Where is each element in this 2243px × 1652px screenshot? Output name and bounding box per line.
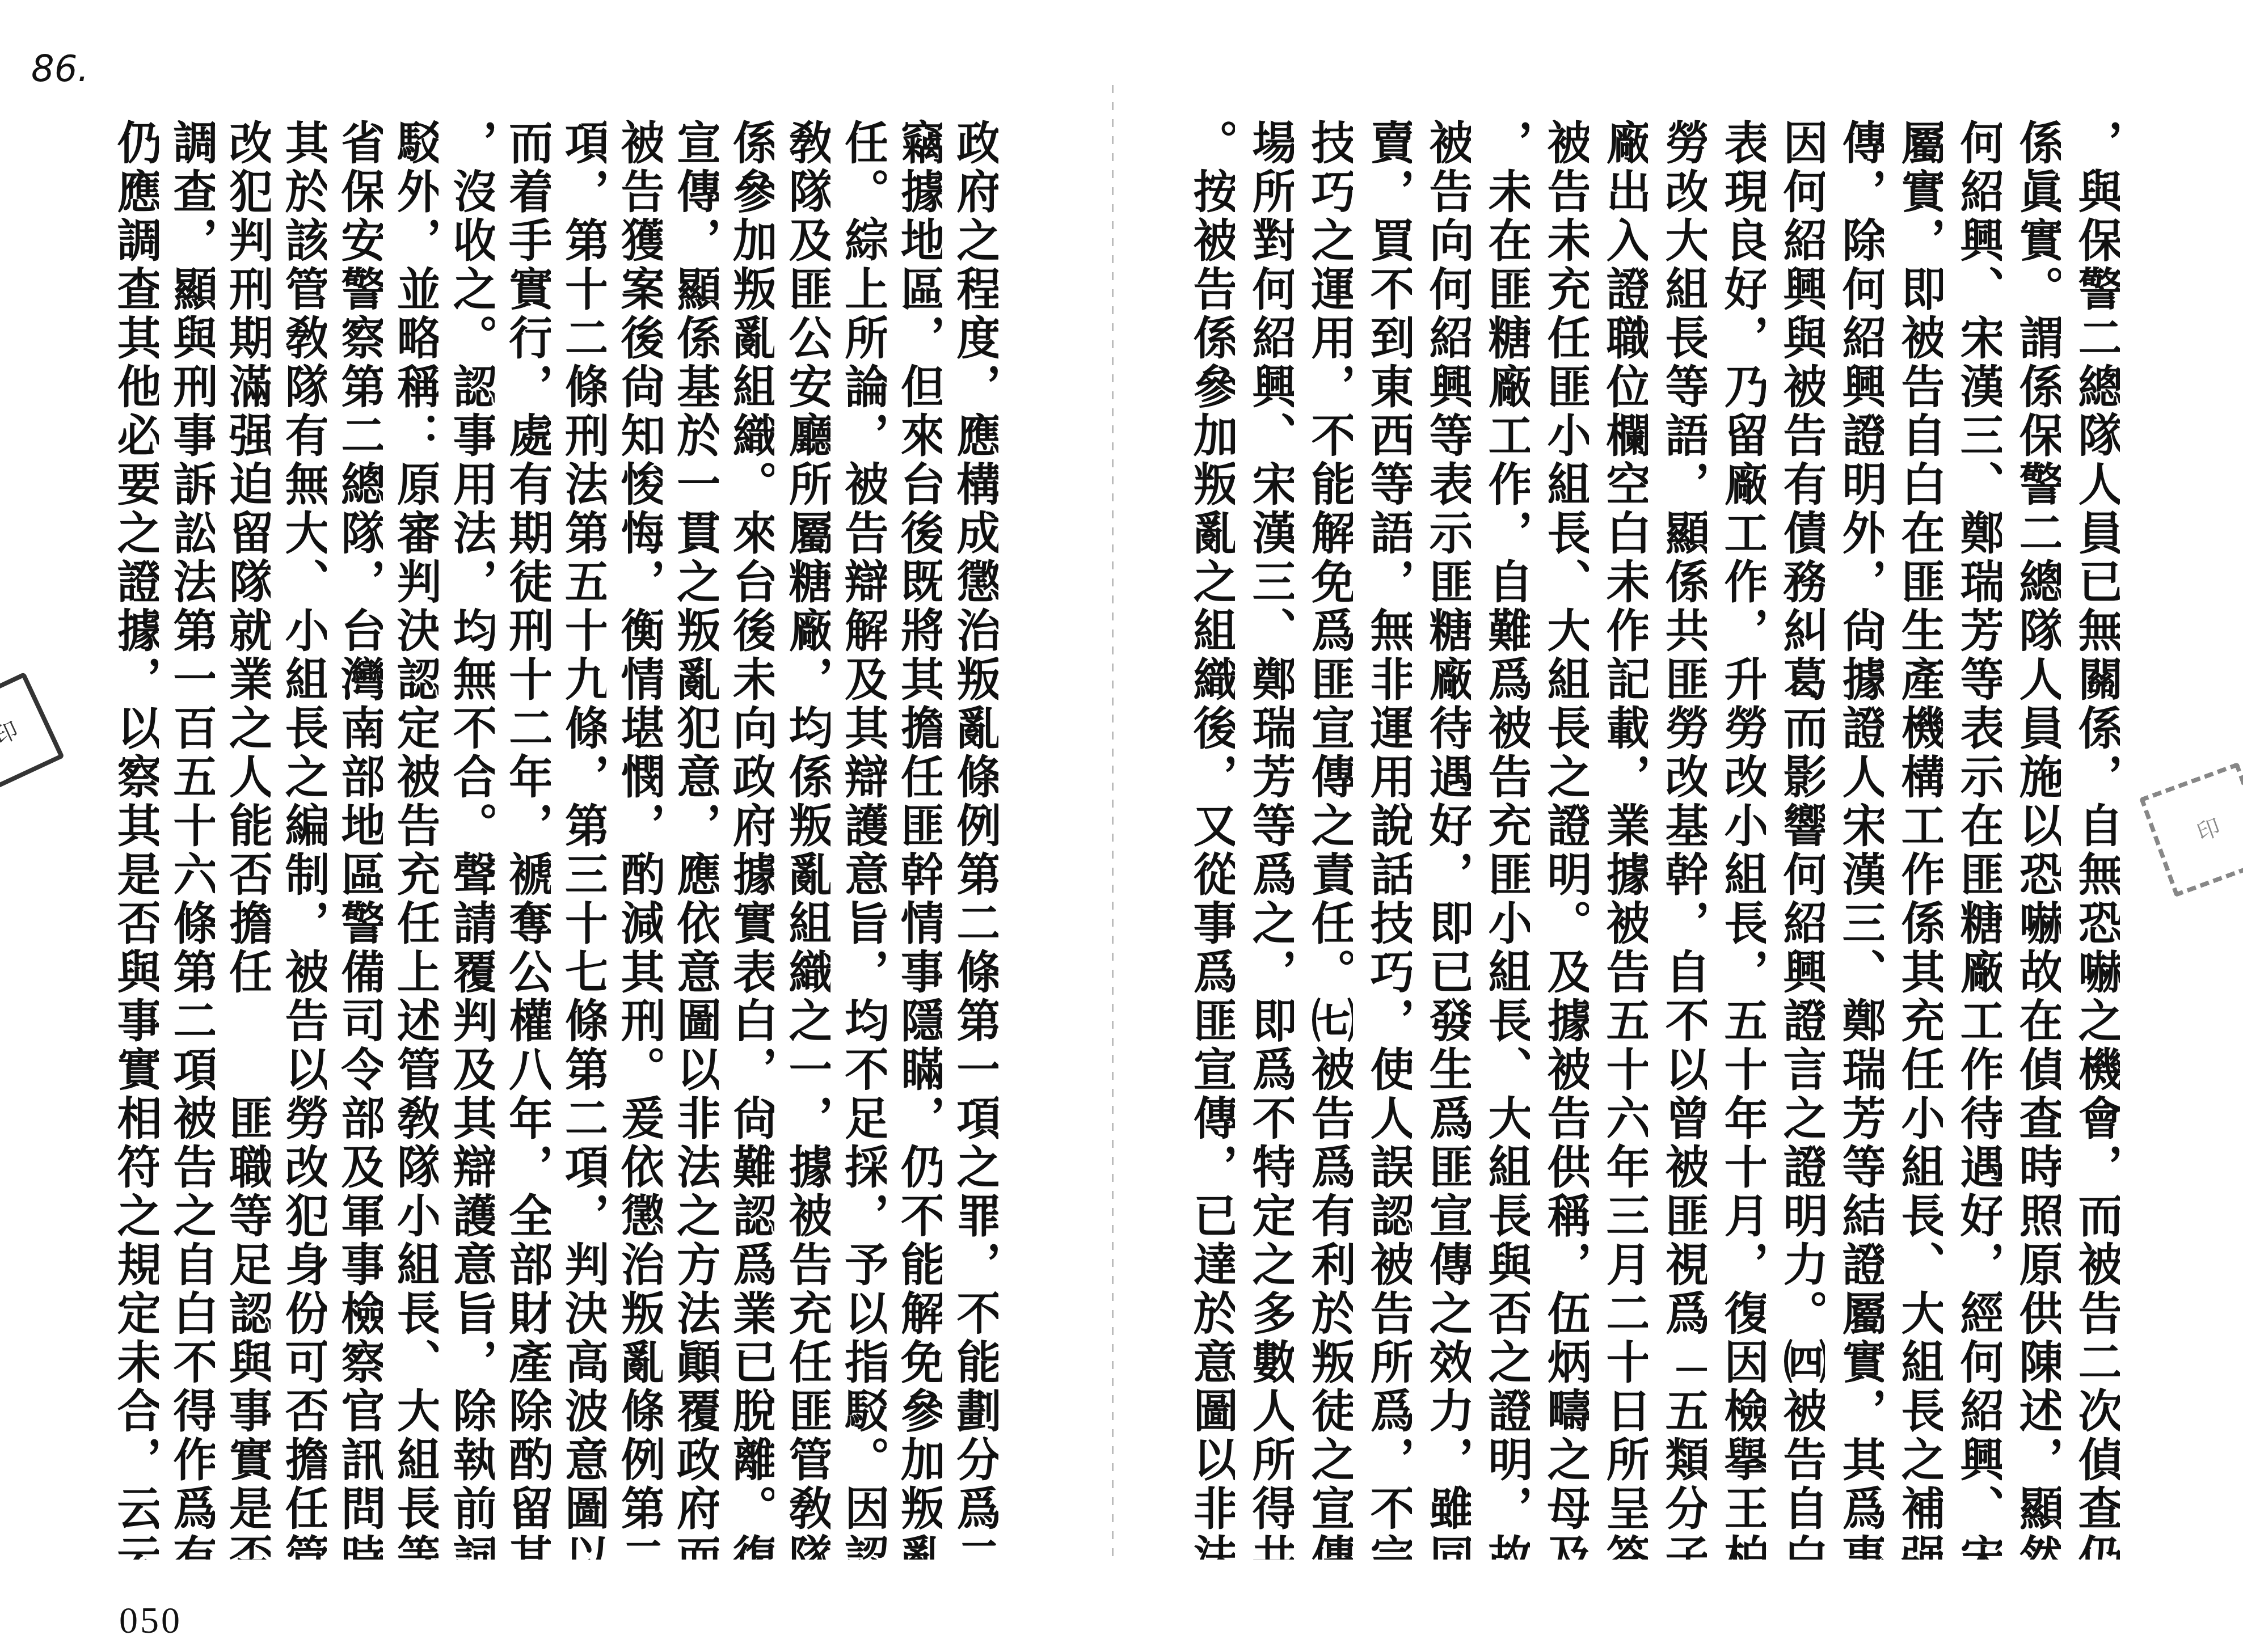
text-column: 項，第十二條刑法第五十九條，第三十七條第二項，判決高波意圖以非法之方法顚覆政府	[561, 119, 606, 1560]
text-column: 技巧之運用，不能解免爲匪宣傳之責任。㈦被告爲有利於叛徒之宣傳，係在公共得出入之	[1308, 119, 1353, 1560]
text-column: ，未在匪糖廠工作，自難爲被告充匪小組長、大組長與否之證明，故均無調查之必要。㈥	[1485, 119, 1530, 1560]
text-column: 係眞實。謂係保警二總隊人員施以恐嚇故在偵查時照原供陳述，顯然不實。㈡被告向證人	[2016, 119, 2061, 1560]
handwritten-page-mark: 86.	[31, 48, 89, 90]
text-column: 改犯判刑期滿强迫留隊就業之人能否擔任 匪職等足認與事實是否相符之證據，均未加以	[225, 119, 271, 1560]
text-column: ，與保警二總隊人員已無關係，自無恐嚇之機會，而被告二次偵查仍直供不諱，其自白自	[2075, 119, 2120, 1560]
text-column: 勞改大組長等語，顯係共匪勞改基幹，自不以曾被匪視爲「五類分子」解除責任。㈤匪糖	[1662, 119, 1707, 1560]
stamp-text: 印	[0, 716, 24, 750]
text-column: 調查，顯與刑事訴訟法第一百五十六條第二項被告之自白不得作爲有罪判決之惟一基礎，	[170, 119, 215, 1560]
text-column: 省保安警察第二總隊，台灣南部地區警備司令部及軍事檢察官訊問時，供認不諱爲證據。	[338, 119, 383, 1560]
stamp-text: 印	[2187, 813, 2225, 846]
text-column: 敎隊及匪公安廳所屬糖廠，均係叛亂組織之一，據被告充任匪管敎隊大、小組長等職，自	[785, 119, 830, 1560]
text-column: 宣傳，顯係基於一貫之叛亂犯意，應依意圖以非法之方法顚覆政府而着手實行論罪。第念	[673, 119, 719, 1560]
text-column: 而着手實行，處有期徒刑十二年，褫奪公權八年，全部財產除酌留其家屬必需之生活費外	[505, 119, 551, 1560]
text-column: 賣，買不到東西等語，無非運用說話技巧，使人誤認被告所爲，不完全是爲匪宣傳，此種	[1367, 119, 1412, 1560]
text-column: 表現良好，乃留廠工作，升勞改小組長，五十年十月，復因檢擧王柏湘企圖逃亡有功，升	[1721, 119, 1766, 1560]
text-column: 何紹興、宋漢三、鄭瑞芳等表示在匪糖廠工作待遇好，經何紹興、宋漢三、鄭瑞芳等證明	[1957, 119, 2002, 1560]
text-column: 被告未充任匪小組長、大組長之證明。及據被告供稱，伍炳疇之母及梁洞添均係鄰村人民	[1544, 119, 1589, 1560]
text-column: 任。綜上所論，被告辯解及其辯護意旨，均不足採，予以指駁。因認匪廣東省第二十四管	[841, 119, 887, 1560]
text-column: 係參加叛亂組織。來台後未向政府據實表白，尙難認爲業已脫離。復又時常利用機會爲匪	[729, 119, 774, 1560]
book-spine-divider	[1112, 85, 1114, 1560]
text-column: 被告獲案後尙知悛悔，衡情堪憫，酌減其刑。爰依懲治叛亂條例第二條第一項第八條第一	[617, 119, 663, 1560]
text-column: 。按被告係參加叛亂之組織後，又從事爲匪宣傳，已達於意圖以非法之方法着手實行顚覆	[1190, 119, 1235, 1560]
text-column: 竊據地區，但來台後既將其擔任匪幹情事隱瞞，仍不能解免參加叛亂組織及爲匪宣傳之責	[897, 119, 942, 1560]
seal-stamp-icon: 印	[0, 672, 65, 795]
right-page-text-columns: ，與保警二總隊人員已無關係，自無恐嚇之機會，而被告二次偵查仍直供不諱，其自白自 …	[1190, 119, 2120, 1560]
text-column: 因何紹興與被告有債務糾葛而影響何紹興證言之證明力。㈣被告自白在勞改期滿後，因工作	[1780, 119, 1825, 1560]
text-column: ，沒收之。認事用法，均無不合。聲請覆判及其辯護意旨，除執前詞，已據原判決詳予指	[449, 119, 495, 1560]
page-number: 050	[119, 1599, 182, 1642]
text-column: 傳，除何紹興證明外，尙據證人宋漢三、鄭瑞芳等結證屬實，其爲事實，了然無疑，自不	[1839, 119, 1884, 1560]
text-column: 廠出入證職位欄空白未作記載，業據被告五十六年三月二十日所呈答辯書敍明，該證自非	[1603, 119, 1648, 1560]
right-page: ，與保警二總隊人員已無關係，自無恐嚇之機會，而被告二次偵查仍直供不諱，其自白自 …	[1121, 0, 2243, 1652]
text-column: 仍應調查其他必要之證據，以察其是否與事實相符之規定未合，云云。資以指摘原判決不	[113, 119, 159, 1560]
text-column: 屬實，即被告自白在匪生產機構工作係其充任小組長、大組長之補强證據。㈢被告爲匪宣	[1898, 119, 1943, 1560]
text-column: 被告向何紹興等表示匪糖廠待遇好，即已發生爲匪宣傳之效力，雖同時有匪幫不能自由買	[1426, 119, 1471, 1560]
left-page: 86. 印 政府之程度，應構成懲治叛亂條例第二條第一項之罪，不能劃分爲二罪。㈧被…	[0, 0, 1121, 1652]
text-column: 場所對何紹興、宋漢三、鄭瑞芳等爲之，即爲不特定之多數人所得共聞共見自屬構成犯罪	[1249, 119, 1294, 1560]
text-column: 其於該管敎隊有無大、小組長之編制，被告以勞改犯身份可否擔任管敎隊職務，管敎隊勞	[281, 119, 327, 1560]
text-column: 駁外，並略稱：原審判決認定被告充任上述管敎隊小組長、大組長等職，僅以被告於台灣	[393, 119, 439, 1560]
left-page-text-columns: 政府之程度，應構成懲治叛亂條例第二條第一項之罪，不能劃分爲二罪。㈧被告雖逃離匪 …	[113, 119, 998, 1560]
seal-stamp-icon: 印	[2139, 762, 2243, 897]
text-column: 政府之程度，應構成懲治叛亂條例第二條第一項之罪，不能劃分爲二罪。㈧被告雖逃離匪	[953, 119, 998, 1560]
